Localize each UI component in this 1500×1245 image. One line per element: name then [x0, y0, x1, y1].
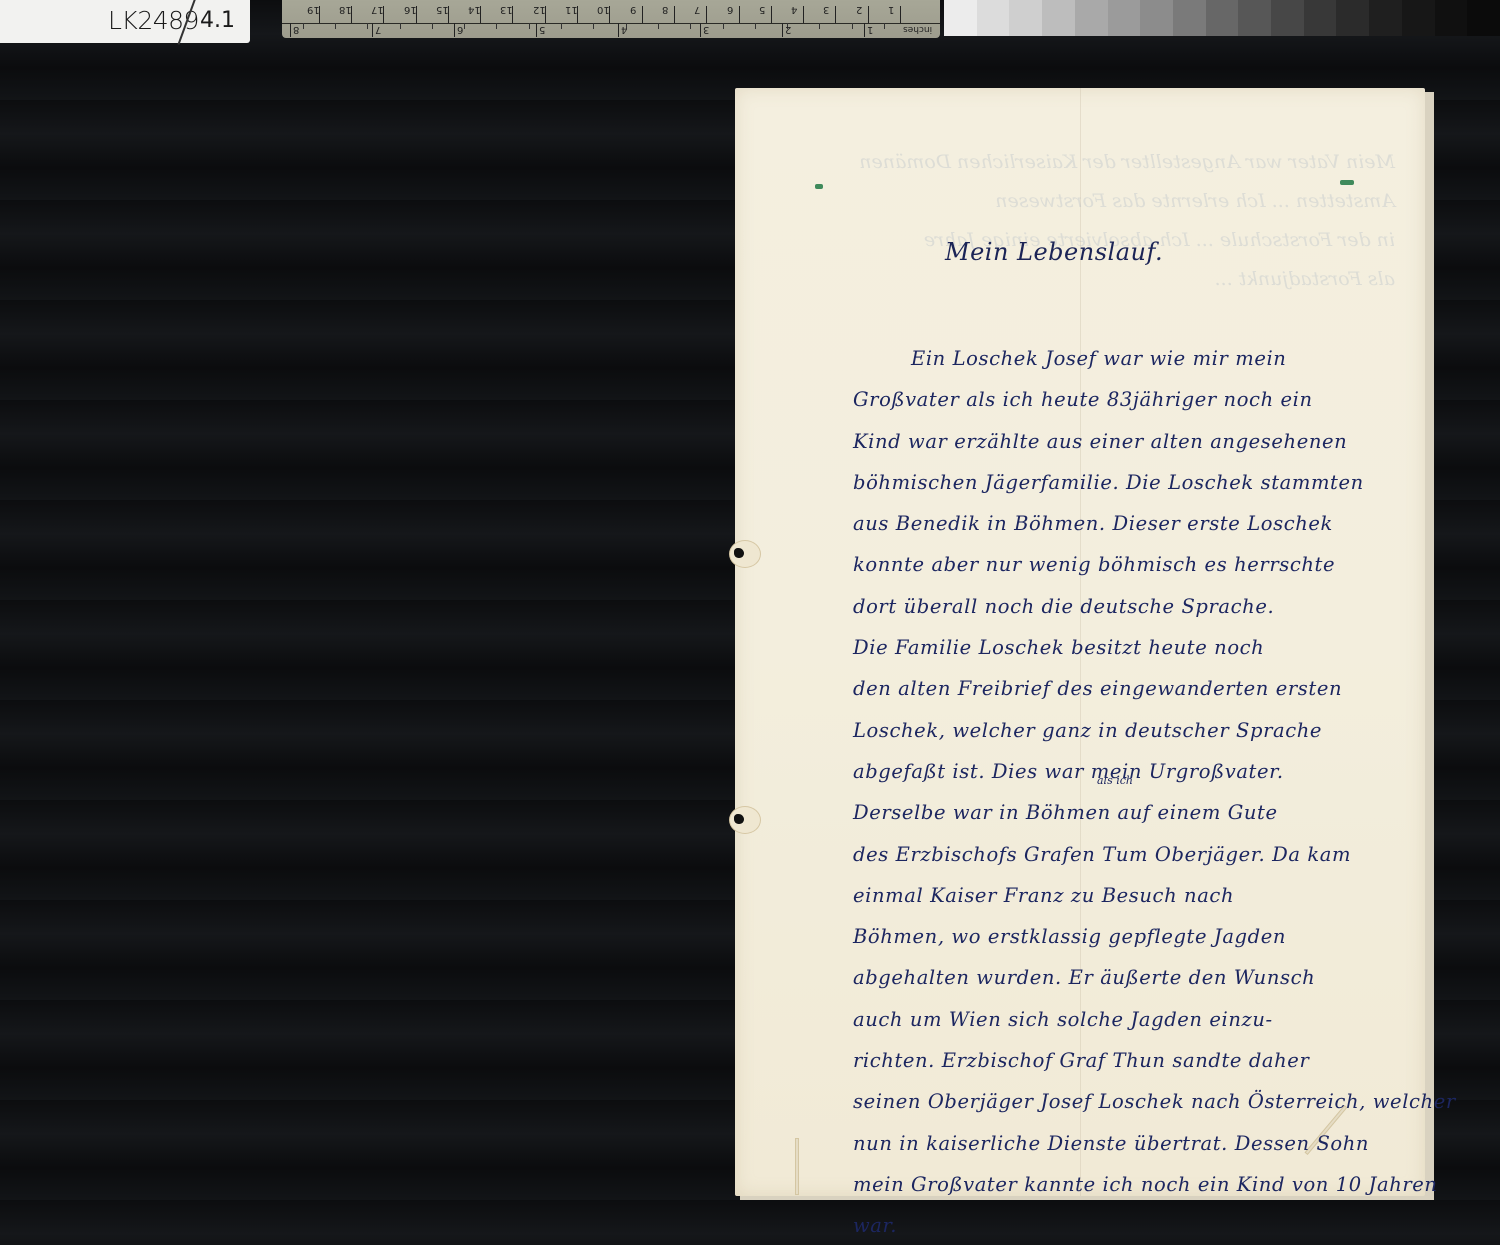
- ruler-cm-number: 5: [759, 4, 765, 15]
- ruler-cm-tick: [706, 6, 707, 23]
- ruler-cm-tick: [771, 6, 772, 23]
- ruler-inch-tick: [618, 23, 619, 37]
- handwritten-line: Die Familie Loschek besitzt heute noch: [853, 627, 1373, 668]
- punch-hole: [729, 540, 761, 568]
- ruler-inch-tick: [700, 23, 701, 37]
- ruler-minor-tick: [496, 23, 497, 29]
- paper-tear: [795, 1138, 799, 1195]
- gray-swatch: [1173, 0, 1206, 36]
- ruler-cm-number: 1: [888, 4, 894, 15]
- ruler-cm-number: 13: [500, 4, 513, 15]
- ruler-minor-tick: [335, 23, 336, 29]
- interlinear-insertion: als ich: [1097, 774, 1133, 787]
- ruler-inch-tick: [454, 23, 455, 37]
- ruler-inch-tick: [536, 23, 537, 37]
- ruler-minor-tick: [884, 23, 885, 29]
- ruler-inch-tick: [290, 23, 291, 37]
- gray-swatch: [1271, 0, 1304, 36]
- ruler-minor-tick: [432, 23, 433, 29]
- handwritten-line: aus Benedik in Böhmen. Dieser erste Losc…: [853, 503, 1373, 544]
- gray-swatch: [1206, 0, 1239, 36]
- handwritten-line: des Erzbischofs Grafen Tum Oberjäger. Da…: [853, 834, 1373, 875]
- ruler-minor-tick: [723, 23, 724, 29]
- handwritten-line: mein Großvater kannte ich noch ein Kind …: [853, 1164, 1373, 1205]
- ruler-minor-tick: [529, 23, 530, 29]
- gray-swatch: [1402, 0, 1435, 36]
- ruler-cm-number: 2: [856, 4, 862, 15]
- document-body: Ein Loschek Josef war wie mir meinGroßva…: [853, 338, 1373, 1245]
- ruler-cm-number: 6: [727, 4, 733, 15]
- gray-swatch: [1075, 0, 1108, 36]
- handwritten-line: konnte aber nur wenig böhmisch es herrsc…: [853, 544, 1373, 585]
- archive-label-sub: 4.1: [200, 8, 235, 33]
- ruler-cm-number: 12: [533, 4, 546, 15]
- ruler-cm-tick: [674, 6, 675, 23]
- ruler-cm-number: 3: [823, 4, 829, 15]
- handwritten-line: einmal Kaiser Franz zu Besuch nach: [853, 875, 1373, 916]
- ruler-inch-number: 3: [703, 24, 709, 35]
- ruler-inch-number: 1: [867, 24, 873, 35]
- gray-scale-target: [944, 0, 1500, 36]
- gray-swatch: [1108, 0, 1141, 36]
- gray-swatch: [1369, 0, 1402, 36]
- ruler-minor-tick: [303, 23, 304, 29]
- green-ink-mark: [815, 184, 823, 189]
- ruler-inch-number: 6: [457, 24, 463, 35]
- ruler-cm-number: 15: [436, 4, 449, 15]
- ruler-minor-tick: [561, 23, 562, 29]
- ruler-cm-number: 16: [404, 4, 417, 15]
- bleed-through-text: Mein Vater war Angestellter der Kaiserli…: [795, 143, 1395, 299]
- ruler-cm-tick: [803, 6, 804, 23]
- handwritten-line: Böhmen, wo erstklassig gepflegte Jagden: [853, 916, 1373, 957]
- handwritten-line: abgehalten wurden. Er äußerte den Wunsch: [853, 957, 1373, 998]
- handwritten-line: den alten Freibrief des eingewanderten e…: [853, 668, 1373, 709]
- gray-swatch: [1304, 0, 1337, 36]
- document-title: Mein Lebenslauf.: [945, 238, 1163, 266]
- ruler-unit-label: inches: [903, 24, 932, 34]
- ruler-minor-tick: [819, 23, 820, 29]
- handwritten-line: dort überall noch die deutsche Sprache.: [853, 586, 1373, 627]
- ruler-cm-tick: [868, 6, 869, 23]
- ruler-cm-number: 17: [371, 4, 384, 15]
- handwritten-line: nun in kaiserliche Dienste übertrat. Des…: [853, 1123, 1373, 1164]
- gray-swatch: [1140, 0, 1173, 36]
- handwritten-line: Ein Loschek Josef war wie mir mein: [853, 338, 1373, 379]
- ruler-inch-tick: [782, 23, 783, 37]
- ruler-inch-number: 5: [539, 24, 545, 35]
- handwritten-line: Derselbe war in Böhmen auf einem Gute: [853, 792, 1373, 833]
- ruler-cm-tick: [835, 6, 836, 23]
- measurement-ruler: 1234567891011121314151617181912345678 in…: [282, 0, 940, 38]
- ruler-inch-tick: [864, 23, 865, 37]
- ruler-cm-number: 11: [565, 4, 578, 15]
- gray-swatch: [1467, 0, 1500, 36]
- ruler-inch-number: 7: [375, 24, 381, 35]
- ruler-cm-number: 7: [694, 4, 700, 15]
- gray-swatch: [944, 0, 977, 36]
- handwritten-line: seinen Oberjäger Josef Loschek nach Öste…: [853, 1081, 1373, 1122]
- gray-swatch: [1238, 0, 1271, 36]
- ruler-cm-number: 9: [630, 4, 636, 15]
- ruler-cm-tick: [642, 6, 643, 23]
- ruler-cm-number: 19: [307, 4, 320, 15]
- ruler-inch-number: 8: [293, 24, 299, 35]
- green-ink-mark: [1340, 180, 1354, 185]
- ruler-cm-number: 10: [597, 4, 610, 15]
- gray-swatch: [1009, 0, 1042, 36]
- ruler-cm-number: 18: [339, 4, 352, 15]
- ruler-cm-tick: [900, 6, 901, 23]
- ruler-minor-tick: [755, 23, 756, 29]
- ruler-minor-tick: [400, 23, 401, 29]
- ruler-minor-tick: [367, 23, 368, 29]
- handwritten-line: auch um Wien sich solche Jagden einzu-: [853, 999, 1373, 1040]
- punch-hole: [729, 806, 761, 834]
- handwritten-line: Großvater als ich heute 83jähriger noch …: [853, 379, 1373, 420]
- archive-label-card: LK2489 4.1: [0, 0, 250, 43]
- gray-swatch: [1042, 0, 1075, 36]
- ruler-inch-number: 4: [621, 24, 627, 35]
- ruler-minor-tick: [593, 23, 594, 29]
- ruler-cm-number: 4: [791, 4, 797, 15]
- gray-swatch: [977, 0, 1010, 36]
- ruler-cm-number: 14: [468, 4, 481, 15]
- ruler-cm-tick: [739, 6, 740, 23]
- ruler-minor-tick: [464, 23, 465, 29]
- gray-swatch: [1435, 0, 1468, 36]
- handwritten-line: richten. Erzbischof Graf Thun sandte dah…: [853, 1040, 1373, 1081]
- ruler-minor-tick: [690, 23, 691, 29]
- handwritten-line: böhmischen Jägerfamilie. Die Loschek sta…: [853, 462, 1373, 503]
- handwritten-line: Kind war erzählte aus einer alten angese…: [853, 421, 1373, 462]
- ruler-inch-number: 2: [785, 24, 791, 35]
- ruler-cm-number: 8: [662, 4, 668, 15]
- gray-swatch: [1336, 0, 1369, 36]
- letter-page: Mein Vater war Angestellter der Kaiserli…: [735, 88, 1425, 1196]
- ruler-inch-tick: [372, 23, 373, 37]
- ruler-minor-tick: [852, 23, 853, 29]
- handwritten-line: war.: [853, 1205, 1373, 1245]
- handwritten-line: Loschek, welcher ganz in deutscher Sprac…: [853, 710, 1373, 751]
- ruler-minor-tick: [658, 23, 659, 29]
